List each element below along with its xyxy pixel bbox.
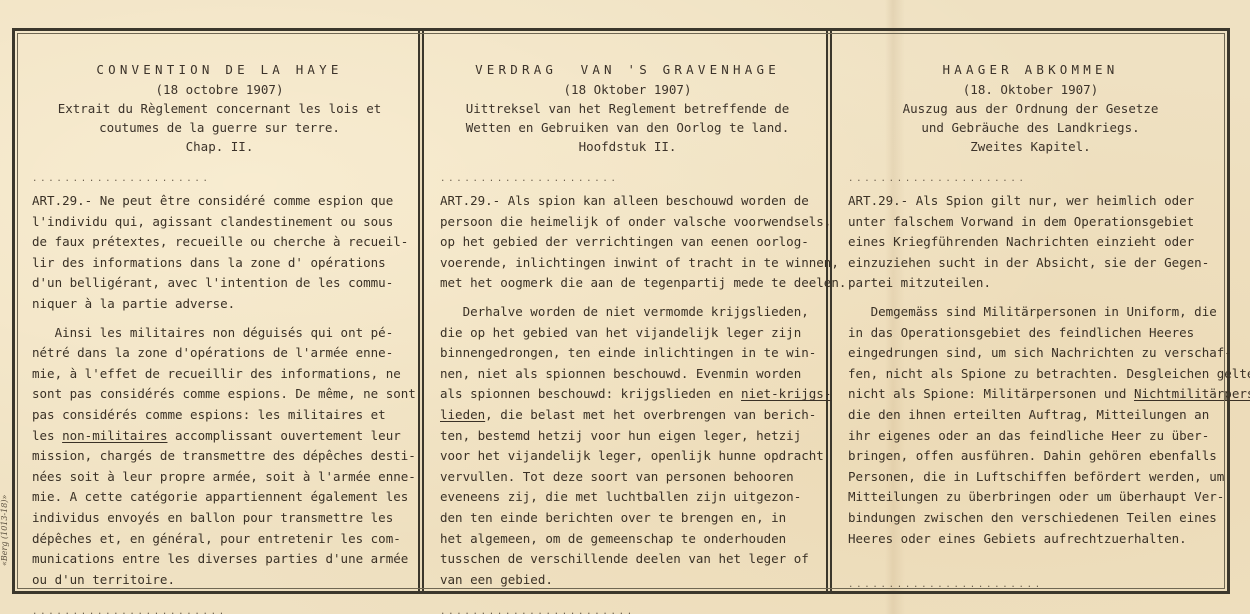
- column-french: CONVENTION DE LA HAYE (18 octobre 1907) …: [18, 34, 421, 588]
- text-line: munications entre les diverses parties d…: [32, 549, 421, 570]
- heading-subtitle: coutumes de la guerre sur terre.: [18, 118, 421, 137]
- text-line: nées soit à leur propre armée, soit à l'…: [32, 467, 421, 488]
- text-line: lieden, die belast met het overbrengen v…: [440, 405, 829, 426]
- text-line: ten, bestemd hetzij voor hun eigen leger…: [440, 426, 829, 447]
- dotted-separator: ......................: [440, 173, 829, 185]
- text-line: mie, à l'effet de recueillir des informa…: [32, 364, 421, 385]
- dotted-separator: ......................: [848, 173, 1227, 185]
- text-line: einzuziehen sucht in der Absicht, sie de…: [848, 253, 1227, 274]
- text-line: Mitteilungen zu überbringen oder um über…: [848, 487, 1227, 508]
- underlined-term: Nichtmilitärpersonen: [1134, 386, 1250, 401]
- text-line: die den ihnen erteilten Auftrag, Mitteil…: [848, 405, 1227, 426]
- text-line: sont pas considérés comme espions. De mê…: [32, 384, 421, 405]
- column-heading: VERDRAG VAN 'S GRAVENHAGE (18 Oktober 19…: [426, 60, 829, 156]
- text-line: nen, niet als spionnen beschouwd. Evenmi…: [440, 364, 829, 385]
- text-line: niquer à la partie adverse.: [32, 294, 421, 315]
- text-line: ihr eigenes oder an das feindliche Heer …: [848, 426, 1227, 447]
- text-line: les non-militaires accomplissant ouverte…: [32, 426, 421, 447]
- text-fragment: les: [32, 428, 62, 443]
- heading-subtitle: und Gebräuche des Landkriegs.: [834, 118, 1227, 137]
- dotted-separator: ........................: [848, 579, 1227, 591]
- text-line: persoon die heimelijk of onder valsche v…: [440, 212, 829, 233]
- text-line: dépêches et, en général, pour entretenir…: [32, 529, 421, 550]
- column-heading: CONVENTION DE LA HAYE (18 octobre 1907) …: [18, 60, 421, 156]
- article-29-text: ART.29.- Ne peut être considéré comme es…: [32, 191, 421, 590]
- text-line: Personen, die in Luftschiffen befördert …: [848, 467, 1227, 488]
- text-line: van een gebied.: [440, 570, 829, 591]
- text-line: bindungen zwischen den verschiedenen Tei…: [848, 508, 1227, 529]
- text-line: ART.29.- Als spion kan alleen beschouwd …: [440, 191, 829, 212]
- heading-subtitle: Auszug aus der Ordnung der Gesetze: [834, 99, 1227, 118]
- underlined-term: lieden: [440, 407, 485, 422]
- text-line: bringen, offen ausführen. Dahin gehören …: [848, 446, 1227, 467]
- text-line: Heeres oder eines Gebiets aufrechtzuerha…: [848, 529, 1227, 550]
- heading-chapter: Hoofdstuk II.: [426, 137, 829, 156]
- text-line: eveneens zij, die met luchtballen zijn u…: [440, 487, 829, 508]
- text-line: fen, nicht als Spione zu betrachten. Des…: [848, 364, 1227, 385]
- text-fragment: , die belast met het overbrengen van ber…: [485, 407, 816, 422]
- heading-date: (18 octobre 1907): [18, 80, 421, 99]
- text-line: ART.29.- Ne peut être considéré comme es…: [32, 191, 421, 212]
- dotted-separator: ........................: [440, 606, 829, 614]
- text-line: ou d'un territoire.: [32, 570, 421, 591]
- heading-chapter: Zweites Kapitel.: [834, 137, 1227, 156]
- text-line: l'individu qui, agissant clandestinement…: [32, 212, 421, 233]
- column-heading: HAAGER ABKOMMEN (18. Oktober 1907) Auszu…: [834, 60, 1227, 156]
- text-line: voor het vijandelijk leger, openlijk hun…: [440, 446, 829, 467]
- article-29-text: ART.29.- Als spion kan alleen beschouwd …: [440, 191, 829, 590]
- text-line: Derhalve worden de niet vermomde krijgsl…: [440, 302, 829, 323]
- text-line: pas considérés comme espions: les milita…: [32, 405, 421, 426]
- text-line: op het gebied der verrichtingen van eene…: [440, 232, 829, 253]
- text-line: eingedrungen sind, um sich Nachrichten z…: [848, 343, 1227, 364]
- document-sheet: «Berg (1013-18)» CONVENTION DE LA HAYE (…: [0, 0, 1250, 614]
- text-line: in das Operationsgebiet des feindlichen …: [848, 323, 1227, 344]
- text-fragment: als spionnen beschouwd: krijgslieden en: [440, 386, 741, 401]
- heading-chapter: Chap. II.: [18, 137, 421, 156]
- text-fragment: nicht als Spione: Militärpersonen und: [848, 386, 1134, 401]
- dotted-separator: ........................: [32, 606, 421, 614]
- text-line: d'un belligérant, avec l'intention de le…: [32, 273, 421, 294]
- heading-title: HAAGER ABKOMMEN: [834, 60, 1227, 79]
- text-line: Ainsi les militaires non déguisés qui on…: [32, 323, 421, 344]
- text-line: het algemeen, om de gemeenschap te onder…: [440, 529, 829, 550]
- text-line: met het oogmerk die aan de tegenpartij m…: [440, 273, 829, 294]
- article-29-text: ART.29.- Als Spion gilt nur, wer heimlic…: [848, 191, 1227, 549]
- text-line: lir des informations dans la zone d' opé…: [32, 253, 421, 274]
- dotted-separator: ......................: [32, 173, 421, 185]
- text-line: tusschen de verschillende deelen van het…: [440, 549, 829, 570]
- text-line: individus envoyés en ballon pour transme…: [32, 508, 421, 529]
- text-line: partei mitzuteilen.: [848, 273, 1227, 294]
- text-line: die op het gebied van het vijandelijk le…: [440, 323, 829, 344]
- text-line: voerende, inlichtingen inwint of tracht …: [440, 253, 829, 274]
- text-line: als spionnen beschouwd: krijgslieden en …: [440, 384, 829, 405]
- heading-title: VERDRAG VAN 'S GRAVENHAGE: [426, 60, 829, 79]
- text-line: nicht als Spione: Militärpersonen und Ni…: [848, 384, 1227, 405]
- column-german: HAAGER ABKOMMEN (18. Oktober 1907) Auszu…: [834, 34, 1227, 588]
- text-line: ART.29.- Als Spion gilt nur, wer heimlic…: [848, 191, 1227, 212]
- text-line: Demgemäss sind Militärpersonen in Unifor…: [848, 302, 1227, 323]
- text-line: binnengedrongen, ten einde inlichtingen …: [440, 343, 829, 364]
- text-line: eines Kriegführenden Nachrichten einzieh…: [848, 232, 1227, 253]
- heading-date: (18. Oktober 1907): [834, 80, 1227, 99]
- column-dutch: VERDRAG VAN 'S GRAVENHAGE (18 Oktober 19…: [426, 34, 829, 588]
- heading-subtitle: Wetten en Gebruiken van den Oorlog te la…: [426, 118, 829, 137]
- heading-subtitle: Extrait du Règlement concernant les lois…: [18, 99, 421, 118]
- underlined-term: niet-krijgs-: [741, 386, 831, 401]
- text-line: mission, chargés de transmettre des dépê…: [32, 446, 421, 467]
- text-line: vervullen. Tot deze soort van personen b…: [440, 467, 829, 488]
- heading-title: CONVENTION DE LA HAYE: [18, 60, 421, 79]
- heading-date: (18 Oktober 1907): [426, 80, 829, 99]
- text-line: de faux prétextes, recueille ou cherche …: [32, 232, 421, 253]
- underlined-term: non-militaires: [62, 428, 167, 443]
- text-fragment: accomplissant ouvertement leur: [167, 428, 400, 443]
- text-line: nétré dans la zone d'opérations de l'arm…: [32, 343, 421, 364]
- text-line: mie. A cette catégorie appartiennent éga…: [32, 487, 421, 508]
- document-frame: CONVENTION DE LA HAYE (18 octobre 1907) …: [12, 28, 1230, 594]
- text-line: unter falschem Vorwand in dem Operations…: [848, 212, 1227, 233]
- heading-subtitle: Uittreksel van het Reglement betreffende…: [426, 99, 829, 118]
- text-line: den ten einde berichten over te brengen …: [440, 508, 829, 529]
